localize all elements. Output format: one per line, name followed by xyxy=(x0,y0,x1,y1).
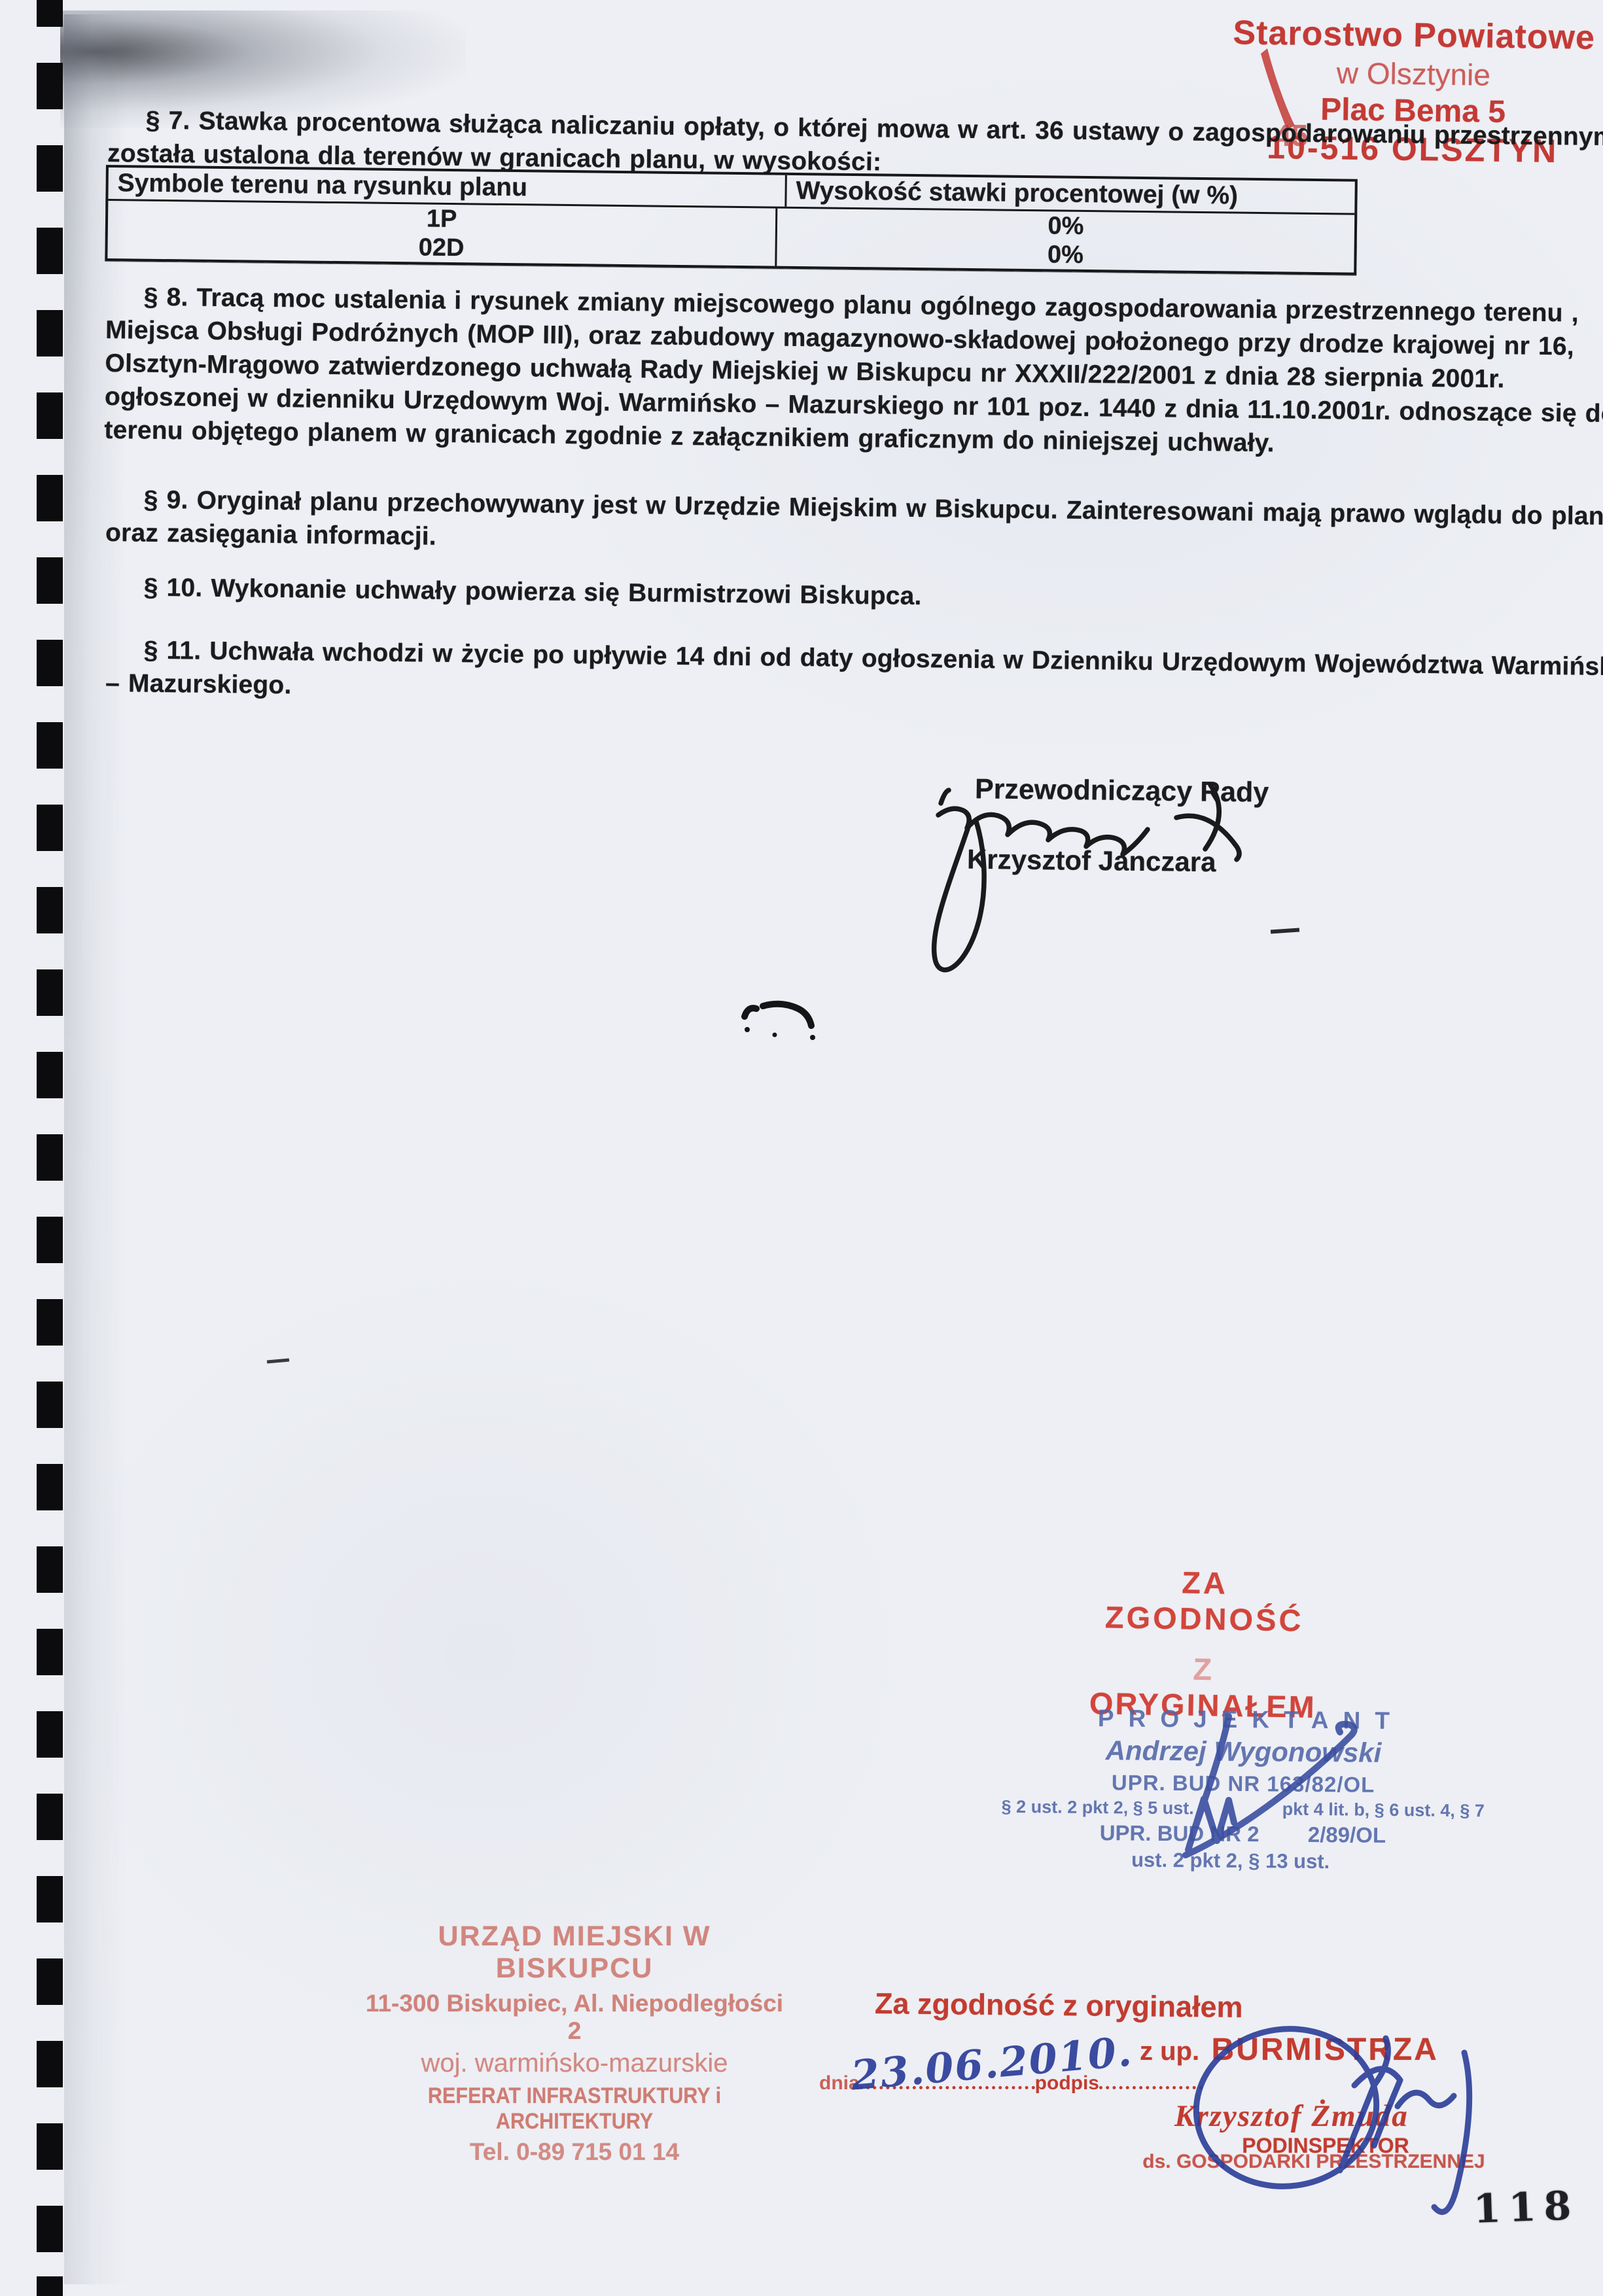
urzad-line4: REFERAT INFRASTRUKTURY i ARCHITEKTURY xyxy=(386,2083,763,2134)
paragraph-11: § 11. Uchwała wchodzi w życie po upływie… xyxy=(105,633,1603,717)
table-header-rate: Wysokość stawki procentowej (w %) xyxy=(786,175,1354,213)
rate-table: Symbole terenu na rysunku planu Wysokość… xyxy=(105,165,1358,275)
paragraph-9: § 9. Oryginał planu przechowywany jest w… xyxy=(105,483,1603,566)
zmuda-signature xyxy=(1189,2015,1517,2224)
rate-cell: 0% xyxy=(777,237,1354,273)
binder-holes xyxy=(37,0,63,2296)
table-header-symbol: Symbole terenu na rysunku planu xyxy=(108,167,786,207)
wygonowski-signature xyxy=(1152,1701,1413,1864)
ink-smudge xyxy=(738,989,836,1041)
za-zgodnosc-original-label: Za zgodność z oryginałem xyxy=(875,1987,1243,2025)
stray-dash xyxy=(267,1359,289,1364)
urzad-line2: 11-300 Biskupiec, Al. Niepodległości 2 xyxy=(365,1990,784,2045)
urzad-stamp: URZĄD MIEJSKI W BISKUPCU 11-300 Biskupie… xyxy=(365,1921,784,2166)
scanned-document-page: Starostwo Powiatowe w Olsztynie Plac Bem… xyxy=(0,0,1603,2296)
paragraph-8: § 8. Tracą moc ustalenia i rysunek zmian… xyxy=(104,280,1603,464)
za-zgodnosc-z: Z xyxy=(1193,1652,1214,1687)
paragraph-10: § 10. Wykonanie uchwały powierza się Bur… xyxy=(105,570,921,613)
urzad-line5: Tel. 0-89 715 01 14 xyxy=(365,2138,784,2166)
dots-leader xyxy=(1099,2082,1203,2089)
janczara-signature xyxy=(916,784,1282,980)
text-line: § 10. Wykonanie uchwały powierza się Bur… xyxy=(105,570,921,613)
urzad-line1: URZĄD MIEJSKI W BISKUPCU xyxy=(365,1921,784,1985)
za-zgodnosc-line1: ZA ZGODNOŚĆ xyxy=(1080,1563,1330,1639)
urzad-line3: woj. warmińsko-mazurskie xyxy=(365,2049,784,2078)
